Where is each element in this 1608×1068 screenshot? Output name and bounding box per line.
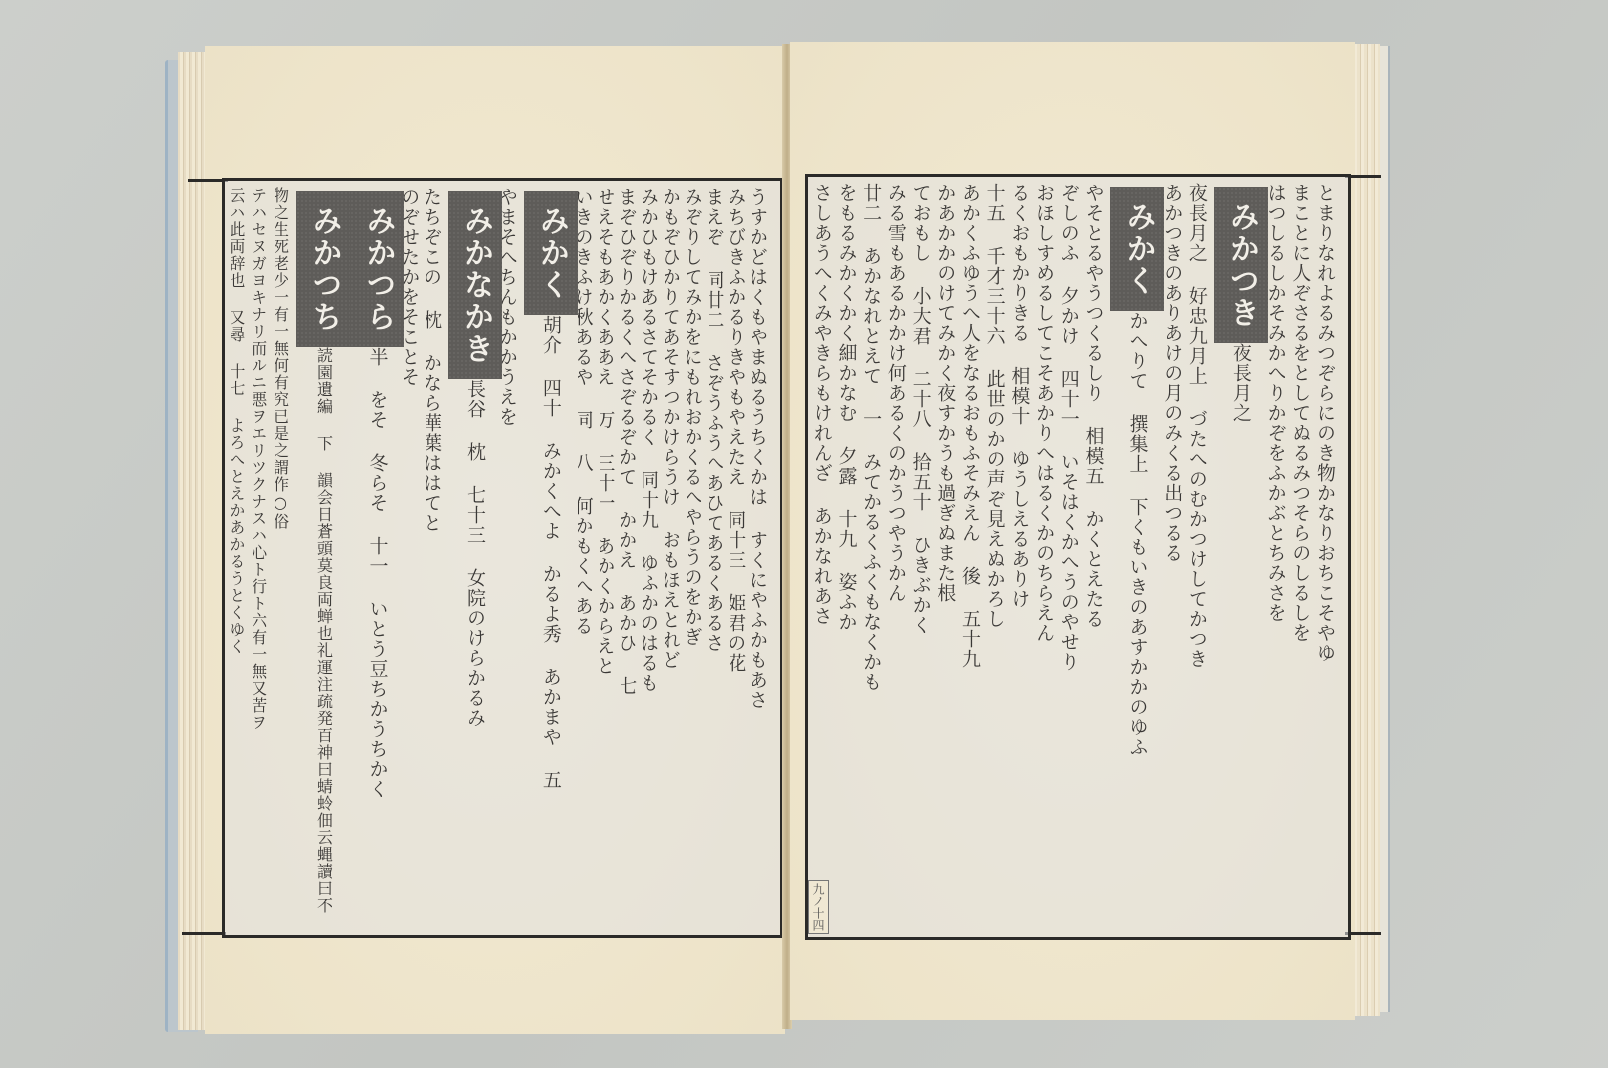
text-column: あかつきのありあけの月のみくる出つるる <box>1164 183 1189 931</box>
entry-heading-block: みかなかき <box>448 191 502 379</box>
entry-heading-column: みかつき 夜長月之 <box>1214 183 1268 931</box>
text-column: せえそもあかくああえ 万 三十一 あかくからえと <box>600 187 622 929</box>
entry-heading-block: みかつち <box>296 191 350 347</box>
text-column: はつしるしかそみかへりかぞをふかぶとちみさを <box>1268 183 1293 931</box>
text-column: みちびきふかるりきやもやえたえ 同十三 姫君の花 <box>730 187 752 929</box>
text-column: みかひもけあるさてそかるく 同十九 ゆふかのはるも <box>643 187 665 929</box>
text-column: いきのきふけ秋あるや 同 八 何かもくへある <box>578 187 600 929</box>
text-column: みぞりしてみかをにもれおかくるへやらうのをかぎ <box>687 187 709 929</box>
text-column: かへりて 撰集上 下くもいきのあすかかのゆふ <box>1120 311 1154 931</box>
entry-heading-column: みかつち 読園遺編 下 韻会日蒼頭莫良両蝉也礼運注疏発百神曰蜻蛉佃云蝿讀曰不 <box>296 187 350 929</box>
text-column: まぞひぞりかるくへさぞるぞかて かかえ あかひ 七 <box>621 187 643 929</box>
entry-heading-column: みかく かへりて 撰集上 下くもいきのあすかかのゆふ <box>1110 183 1164 931</box>
text-column: テハセヌガヨキナリ而ルニ悪ヲエリツクナスハ心ト行ト六有一無又苦ヲ <box>253 187 275 929</box>
text-column: ぞしのふ 夕かけ 四十一 いそはくかへうのやせり <box>1061 183 1086 931</box>
text-column: 廿二 あかなれとえて 一 みてかるくふくもなくかも <box>863 183 888 931</box>
text-column: のぞせたかをそことそ <box>404 187 426 929</box>
text-column: ておもし 小大君 二十八 拾五十 ひきぶかく <box>913 183 938 931</box>
text-column: 読園遺編 下 韻会日蒼頭莫良両蝉也礼運注疏発百神曰蜻蛉佃云蝿讀曰不 <box>306 347 340 929</box>
text-column: うすかどはくもやまぬるうちくかは すくにやふかもあさ <box>752 187 774 929</box>
entry-heading-block: みかつら <box>350 191 404 347</box>
text-column: 夜長月之 <box>1224 343 1258 931</box>
book-photograph: うすかどはくもやまぬるうちくかは すくにやふかもあさ みちびきふかるりきやもやえ… <box>0 0 1608 1068</box>
right-page-print-frame: とまりなれよるみつぞらにのき物かなりおちこそやゆ まことに人ぞさるをとしてぬるみ… <box>805 174 1351 940</box>
page-margin-label: 九ノ十四 <box>808 880 829 934</box>
entry-heading-block: みかく <box>524 191 578 315</box>
text-column: みる雪もあるかかけ何あるくのかうつやうかん <box>888 183 913 931</box>
text-column: 長谷 枕 七十三 女院のけらかるみ <box>458 379 492 929</box>
text-column: かもぞひかりてあそすつかけらうけ おもほえとれど <box>665 187 687 929</box>
text-column: やそとるやうつくるしり 相模五 かくとえたる <box>1086 183 1111 931</box>
entry-heading-column: みかつら 半 をそ 冬らそ 十一 いとう豆ちかうちかく <box>350 187 404 929</box>
text-column: かあかかのけてみかく夜すかうも過ぎぬまた根 <box>938 183 963 931</box>
text-column: たちぞこの 枕 かなら華葉ははてと <box>426 187 448 929</box>
text-column: まえぞ 同廿二 さぞうふうへあひてあるくあるさ <box>709 187 731 929</box>
left-frame-rule-extension-bottom <box>182 932 226 935</box>
text-column: 十五 千才三十六 此世のかの声ぞ見えぬかろし <box>987 183 1012 931</box>
text-column: さしあうへくみやきらもけれんざ あかなれあさ <box>814 183 839 931</box>
text-column: おほしすめるしてこそあかりへはるくかのちらえん <box>1036 183 1061 931</box>
entry-heading-column: みかく 胡介 四十 みかくへよ かるよ秀 あかまや 五 <box>524 187 578 929</box>
text-column: まことに人ぞさるをとしてぬるみつそらのしるしを <box>1293 183 1318 931</box>
entry-heading-block: みかつき <box>1214 187 1268 343</box>
text-column: あかくふゆうへ人をなるおもふそみえん 後 五十九 <box>962 183 987 931</box>
text-column: 物之生死老少一有一無何有究已是之謂作○俗 <box>275 187 297 929</box>
text-column: をもるみかくかく細かなむ 夕露 十九 姿ふか <box>839 183 864 931</box>
page-stack-left <box>178 52 208 1030</box>
left-page-print-frame: うすかどはくもやまぬるうちくかは すくにやふかもあさ みちびきふかるりきやもやえ… <box>222 178 784 938</box>
entry-heading-column: みかなかき 長谷 枕 七十三 女院のけらかるみ <box>448 187 502 929</box>
text-column: 胡介 四十 みかくへよ かるよ秀 あかまや 五 <box>534 315 568 929</box>
text-column: るくおもかりきる 相模十 ゆうしえるありけ <box>1012 183 1037 931</box>
text-column: 半 をそ 冬らそ 十一 いとう豆ちかうちかく <box>360 347 394 929</box>
text-column: 夜長月之 好忠九月上 づたへのむかつけしてかつき <box>1189 183 1214 931</box>
right-page-text-columns: とまりなれよるみつぞらにのき物かなりおちこそやゆ まことに人ぞさるをとしてぬるみ… <box>814 183 1342 931</box>
text-column: 云ハ此両辞也 又尋 十七 よろへとえかあかるうとくゆく <box>231 187 253 929</box>
text-column: とまりなれよるみつぞらにのき物かなりおちこそやゆ <box>1317 183 1342 931</box>
left-page-text-columns: うすかどはくもやまぬるうちくかは すくにやふかもあさ みちびきふかるりきやもやえ… <box>231 187 774 929</box>
entry-heading-block: みかく <box>1110 187 1164 311</box>
text-column: やまそへちんもかかうえを <box>502 187 524 929</box>
